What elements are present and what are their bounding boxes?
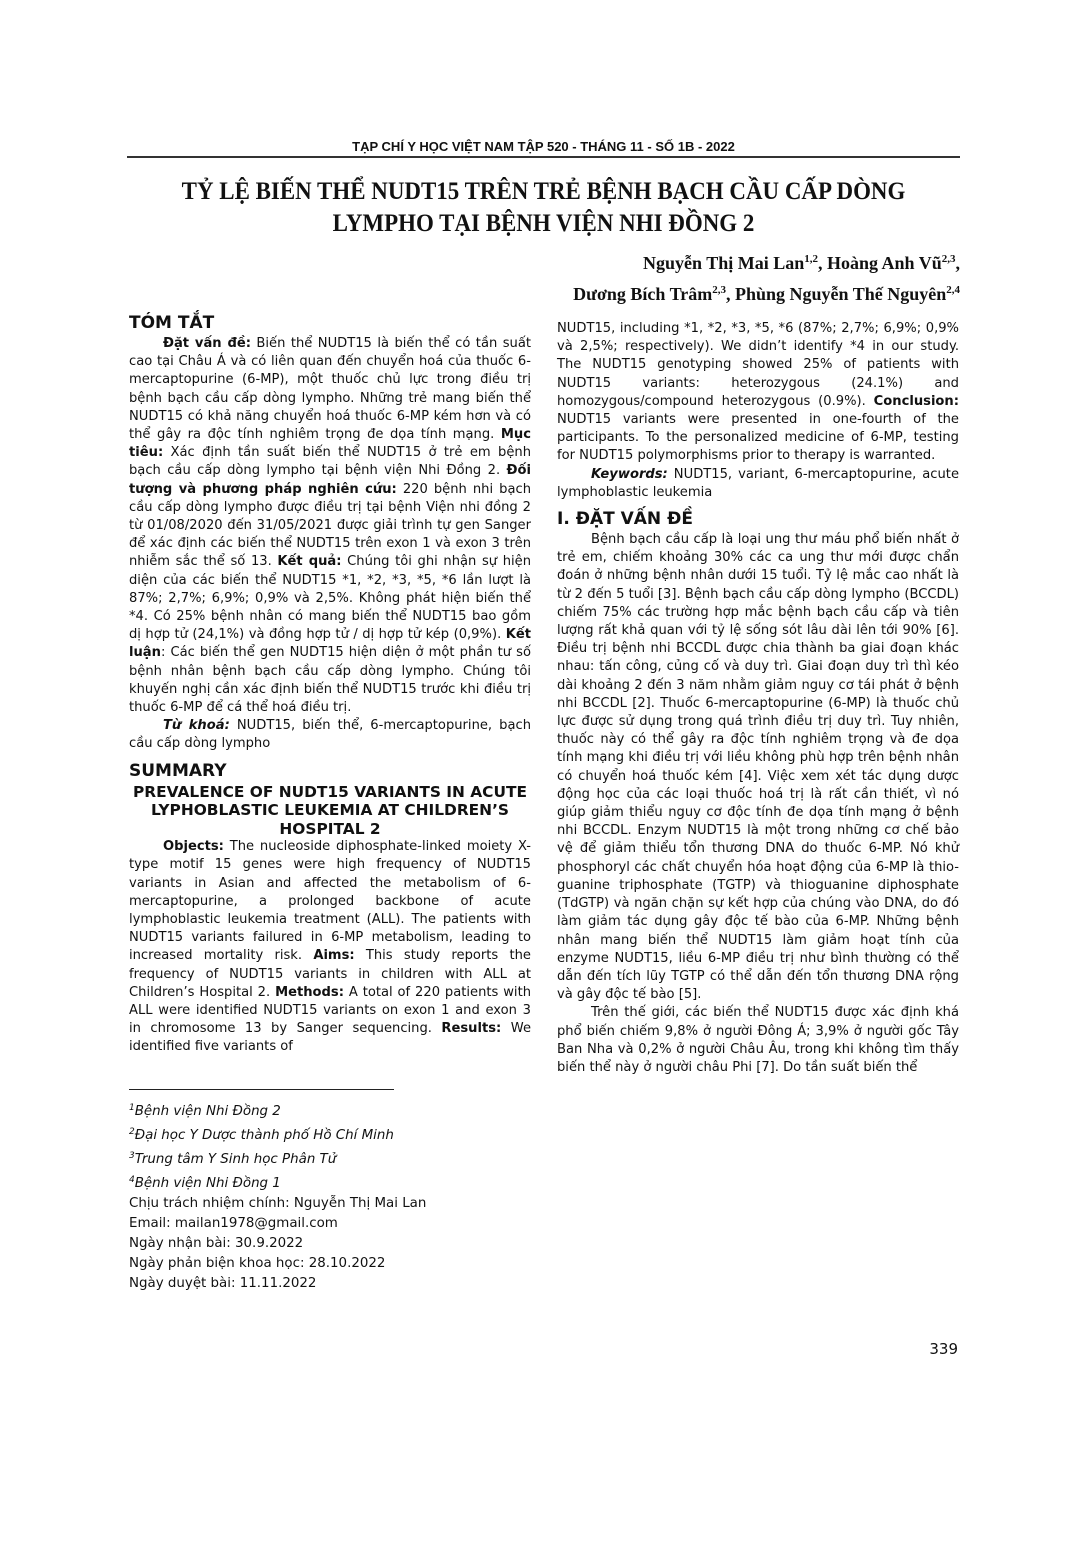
- section-1-paragraph-2: Trên thế giới, các biến thể NUDT15 được …: [557, 1004, 959, 1077]
- label-background: Đặt vấn đề:: [163, 336, 251, 351]
- email: Email: mailan1978@gmail.com: [129, 1214, 531, 1234]
- author-list: Nguyễn Thị Mai Lan1,2, Hoàng Anh Vũ2,3, …: [400, 246, 960, 308]
- author-separator: ,: [726, 284, 735, 304]
- label-conclusion-en: Conclusion:: [874, 394, 959, 409]
- author-affiliation: 2,4: [946, 284, 960, 296]
- text-objective: Xác định tần suất biến thể NUDT15 ở trẻ …: [129, 445, 531, 478]
- left-column: TÓM TẮT Đặt vấn đề: Biến thể NUDT15 là b…: [129, 312, 531, 1294]
- author-separator: ,: [956, 253, 961, 273]
- title-line-2: LYMPHO TẠI BỆNH VIỆN NHI ĐỒNG 2: [169, 207, 919, 239]
- english-title: PREVALENCE OF NUDT15 VARIANTS IN ACUTE L…: [129, 783, 531, 839]
- summary-heading: SUMMARY: [129, 760, 531, 782]
- keywords-vi: Từ khoá: NUDT15, biến thể, 6-mercaptopur…: [129, 717, 531, 753]
- label-keywords-en: Keywords:: [591, 467, 668, 482]
- abstract-vi-heading: TÓM TẮT: [129, 312, 531, 334]
- abstract-en-body-right: NUDT15, including *1, *2, *3, *5, *6 (87…: [557, 320, 959, 466]
- abstract-vi-body: Đặt vấn đề: Biến thể NUDT15 là biến thể …: [129, 335, 531, 717]
- author-affiliation: 2,3: [712, 284, 726, 296]
- affiliation-2: 2Đại học Y Dược thành phố Hồ Chí Minh: [129, 1122, 531, 1146]
- label-objects: Objects:: [163, 839, 224, 854]
- section-1-heading: I. ĐẶT VẤN ĐỀ: [557, 508, 959, 530]
- author-separator: ,: [818, 253, 827, 273]
- text-conclusion-en: NUDT15 variants were presented in one-fo…: [557, 412, 959, 463]
- accepted-date: Ngày duyệt bài: 11.11.2022: [129, 1274, 531, 1294]
- text-background: Biến thể NUDT15 là biến thể có tần suất …: [129, 336, 531, 442]
- footnote-rule: [129, 1089, 394, 1090]
- affiliation-text: Bệnh viện Nhi Đồng 1: [135, 1176, 281, 1191]
- journal-page: TẠP CHÍ Y HỌC VIỆT NAM TẬP 520 - THÁNG 1…: [0, 0, 1090, 1541]
- author-affiliation: 1,2: [804, 253, 818, 265]
- affiliation-text: Đại học Y Dược thành phố Hồ Chí Minh: [135, 1128, 394, 1143]
- corresponding-author: Chịu trách nhiệm chính: Nguyễn Thị Mai L…: [129, 1194, 531, 1214]
- affiliation-4: 4Bệnh viện Nhi Đồng 1: [129, 1170, 531, 1194]
- affiliation-text: Trung tâm Y Sinh học Phân Tử: [135, 1152, 337, 1167]
- author-name: Nguyễn Thị Mai Lan: [643, 253, 804, 273]
- reviewed-date: Ngày phản biện khoa học: 28.10.2022: [129, 1254, 531, 1274]
- affiliation-1: 1Bệnh viện Nhi Đồng 2: [129, 1098, 531, 1122]
- author-name: Phùng Nguyễn Thế Nguyên: [735, 284, 946, 304]
- title-line-1: TỶ LỆ BIẾN THỂ NUDT15 TRÊN TRẺ BỆNH BẠCH…: [169, 175, 919, 207]
- right-column: NUDT15, including *1, *2, *3, *5, *6 (87…: [557, 320, 959, 1077]
- author-name: Dương Bích Trâm: [573, 284, 712, 304]
- author-line-2: Dương Bích Trâm2,3, Phùng Nguyễn Thế Ngu…: [400, 277, 960, 308]
- keywords-en: Keywords: NUDT15, variant, 6-mercaptopur…: [557, 466, 959, 502]
- label-results-en: Results:: [441, 1021, 501, 1036]
- received-date: Ngày nhận bài: 30.9.2022: [129, 1234, 531, 1254]
- running-head: TẠP CHÍ Y HỌC VIỆT NAM TẬP 520 - THÁNG 1…: [127, 139, 960, 154]
- author-line-1: Nguyễn Thị Mai Lan1,2, Hoàng Anh Vũ2,3,: [400, 246, 960, 277]
- label-methods-en: Methods:: [275, 985, 344, 1000]
- header-rule: [127, 156, 960, 158]
- text-conclusion: : Các biến thể gen NUDT15 hiện diện ở mộ…: [129, 645, 531, 715]
- affiliation-text: Bệnh viện Nhi Đồng 2: [135, 1104, 281, 1119]
- label-aims: Aims:: [313, 948, 354, 963]
- author-name: Hoàng Anh Vũ: [827, 253, 942, 273]
- label-results: Kết quả:: [277, 554, 341, 569]
- affiliation-3: 3Trung tâm Y Sinh học Phân Tử: [129, 1146, 531, 1170]
- page-number: 339: [900, 1340, 958, 1358]
- article-title: TỶ LỆ BIẾN THỂ NUDT15 TRÊN TRẺ BỆNH BẠCH…: [169, 175, 919, 239]
- abstract-en-body-left: Objects: The nucleoside diphosphate-link…: [129, 838, 531, 1056]
- label-keywords-vi: Từ khoá:: [163, 718, 230, 733]
- author-affiliation: 2,3: [942, 253, 956, 265]
- section-1-paragraph-1: Bệnh bạch cầu cấp là loại ung thư máu ph…: [557, 531, 959, 1004]
- text-objects: The nucleoside diphosphate-linked moiety…: [129, 839, 531, 963]
